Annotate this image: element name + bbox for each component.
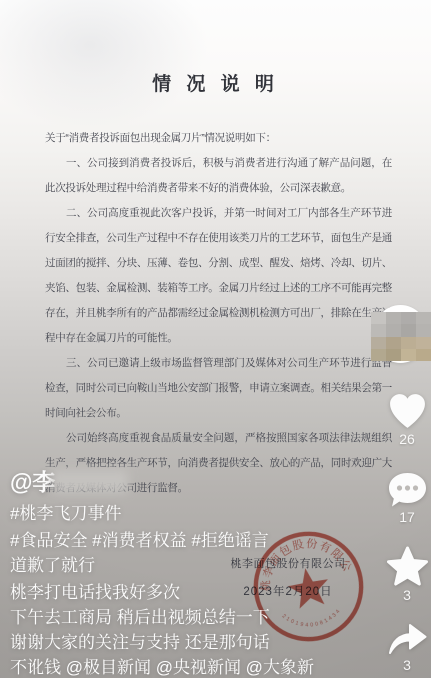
share-button[interactable] bbox=[377, 621, 431, 660]
share-count: 3 bbox=[377, 657, 431, 673]
caption-mention-line[interactable]: 不讹钱 @极目新闻 @央视新闻 @大象新 bbox=[10, 653, 314, 678]
caption-text-line: 下午去工商局 稍后出视频总结一下 bbox=[10, 603, 270, 628]
avatar-censor-mosaic bbox=[371, 312, 431, 361]
like-button[interactable] bbox=[377, 392, 431, 435]
like-count: 26 bbox=[377, 431, 431, 447]
censored-username-blur bbox=[52, 470, 128, 493]
favorite-button[interactable] bbox=[377, 546, 431, 592]
caption-text-line: 桃李打电话找我好多次 bbox=[10, 578, 180, 603]
seal-star-icon bbox=[285, 565, 332, 610]
document-paragraph: 二、公司高度重视此次客户投诉，并第一时间对工厂内部各生产环节进行安全排查，公司生… bbox=[45, 201, 392, 351]
favorite-count: 3 bbox=[377, 587, 431, 603]
svg-text:2101940081434: 2101940081434 bbox=[280, 603, 345, 633]
author-mention[interactable]: @李 bbox=[10, 464, 55, 497]
document-paragraph: 三、公司已邀请上级市场监督管理部门及媒体对公司生产环节进行监督检查，同时公司已向… bbox=[45, 351, 392, 426]
comment-count: 17 bbox=[377, 509, 431, 525]
document-paragraph: 一、公司接到消费者投诉后，积极与消费者进行沟通了解产品问题，在此次投诉处理过程中… bbox=[45, 151, 392, 201]
seal-serial: 2101940081434 bbox=[280, 603, 345, 633]
caption-hashtag-line[interactable]: #桃李飞刀事件 bbox=[10, 499, 121, 524]
document-title: 情 况 说 明 bbox=[0, 69, 431, 96]
caption-hashtag-line[interactable]: #食品安全 #消费者权益 #拒绝谣言 bbox=[10, 526, 269, 551]
caption-text-line: 道歉了就行 bbox=[10, 551, 95, 576]
document-intro: 关于“消费者投诉面包出现金属刀片”情况说明如下： bbox=[45, 126, 392, 151]
caption-text-line: 谢谢大家的关注与支持 还是那句话 bbox=[10, 628, 270, 653]
document-body: 关于“消费者投诉面包出现金属刀片”情况说明如下： 一、公司接到消费者投诉后，积极… bbox=[45, 126, 392, 501]
